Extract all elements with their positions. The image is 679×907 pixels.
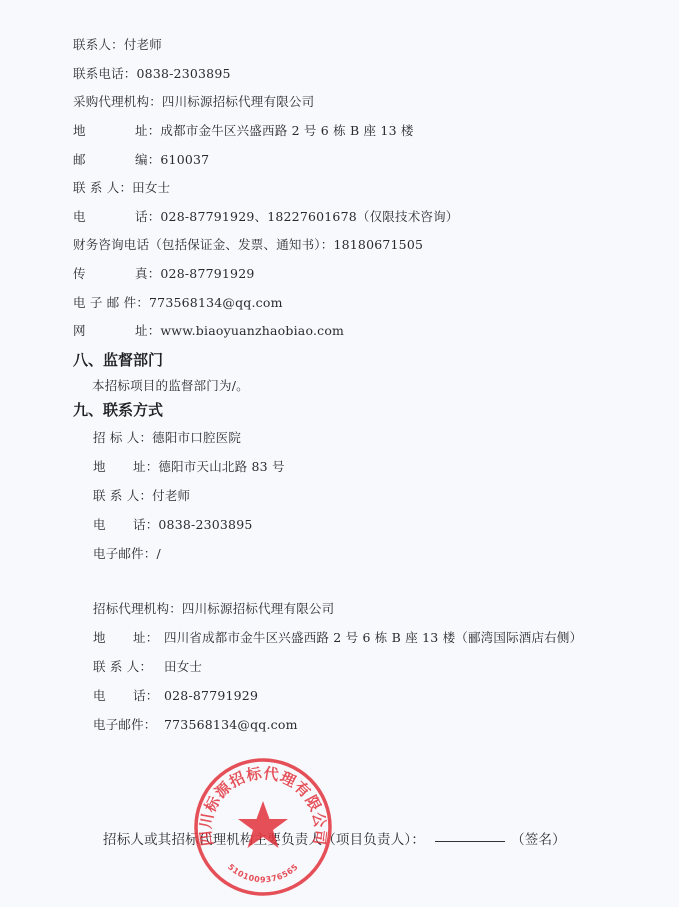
section8-title: 八、监督部门: [73, 351, 163, 369]
value: 四川标源招标代理有限公司: [182, 601, 334, 616]
label-a: 邮: [73, 152, 135, 168]
tenderer-phone: 电话：0838-2303895: [93, 517, 253, 533]
signature-line: 招标人或其招标代理机构主要负责人（项目负责人）：（签名）: [103, 832, 566, 848]
label: 招 标 人：: [93, 430, 152, 445]
label-a: 电: [93, 517, 133, 533]
label: 联系电话：: [73, 66, 137, 81]
label-a: 地: [93, 630, 133, 646]
label-a: 传: [73, 266, 135, 282]
value: www.biaoyuanzhaobiao.com: [160, 323, 344, 338]
agency-postcode: 邮编：610037: [73, 152, 209, 168]
svg-text:5101009376565: 5101009376565: [226, 862, 300, 884]
label: 电 子 邮 件：: [73, 295, 149, 310]
agency-contact-person: 联 系 人：田女士: [93, 659, 202, 675]
value: 田女士: [164, 659, 202, 674]
procurer-contact-person: 联系人：付老师: [73, 37, 162, 53]
value: 028-87791929: [160, 266, 254, 281]
agency-contact: 联 系 人：田女士: [73, 180, 170, 196]
value: 成都市金牛区兴盛西路 2 号 6 栋 B 座 13 楼: [160, 123, 413, 138]
value: 四川省成都市金牛区兴盛西路 2 号 6 栋 B 座 13 楼（郦湾国际酒店右侧）: [164, 630, 582, 645]
label-b: 编：: [135, 152, 160, 167]
label: 联系人：: [73, 37, 124, 52]
value: 德阳市天山北路 83 号: [158, 459, 284, 474]
agency-contact-address: 地址：四川省成都市金牛区兴盛西路 2 号 6 栋 B 座 13 楼（郦湾国际酒店…: [93, 630, 582, 646]
label-a: 网: [73, 323, 135, 339]
label-b: 真：: [135, 266, 160, 281]
label: 财务咨询电话（包括保证金、发票、通知书）：: [73, 237, 333, 252]
signature-label: 招标人或其招标代理机构主要负责人（项目负责人）：: [103, 832, 425, 848]
label-b: 址：: [133, 459, 158, 474]
label: 联 系 人：: [93, 488, 152, 503]
signature-suffix: （签名）: [511, 832, 566, 848]
label: 电子邮件：: [93, 717, 164, 733]
label: 招标代理机构：: [93, 601, 182, 616]
label: 联 系 人：: [93, 659, 164, 675]
agency-contact-email: 电子邮件：773568134@qq.com: [93, 717, 298, 733]
tenderer-address: 地址：德阳市天山北路 83 号: [93, 459, 285, 475]
agency-finance-phone: 财务咨询电话（包括保证金、发票、通知书）：18180671505: [73, 237, 423, 253]
value: 田女士: [132, 180, 170, 195]
label-a: 电: [93, 688, 133, 704]
seal-code: 5101009376565: [226, 862, 300, 884]
value: 四川标源招标代理有限公司: [162, 94, 314, 109]
tenderer-name: 招 标 人：德阳市口腔医院: [93, 430, 241, 446]
tenderer-contact: 联 系 人：付老师: [93, 488, 190, 504]
value: 0838-2303895: [137, 66, 231, 81]
label: 采购代理机构：: [73, 94, 162, 109]
value: 18180671505: [333, 237, 423, 252]
section8-body: 本招标项目的监督部门为/。: [92, 378, 249, 394]
label-b: 话：: [135, 209, 160, 224]
value: 028-87791929、18227601678（仅限技术咨询）: [160, 209, 458, 224]
agency-email: 电 子 邮 件：773568134@qq.com: [73, 295, 283, 311]
value: /: [157, 546, 161, 561]
label-a: 地: [93, 459, 133, 475]
value: 773568134@qq.com: [164, 717, 298, 732]
label-b: 话：: [133, 517, 158, 532]
label: 电子邮件：: [93, 546, 157, 561]
agency-contact-name: 招标代理机构：四川标源招标代理有限公司: [93, 601, 334, 617]
label-a: 电: [73, 209, 135, 225]
label-b: 址：: [135, 323, 160, 338]
value: 028-87791929: [164, 688, 258, 703]
label-b: 址：: [133, 630, 164, 646]
agency-contact-phone: 电话：028-87791929: [93, 688, 258, 704]
signature-blank: [435, 841, 505, 842]
label-b: 话：: [133, 688, 164, 704]
agency-website: 网址：www.biaoyuanzhaobiao.com: [73, 323, 344, 339]
section9-title: 九、联系方式: [73, 401, 163, 419]
tenderer-email: 电子邮件：/: [93, 546, 161, 562]
value: 0838-2303895: [158, 517, 252, 532]
value: 付老师: [152, 488, 190, 503]
value: 773568134@qq.com: [149, 295, 283, 310]
value: 610037: [160, 152, 209, 167]
company-seal-icon: 四川标源招标代理有限公司 5101009376565: [192, 756, 334, 898]
value: 付老师: [124, 37, 162, 52]
value: 德阳市口腔医院: [152, 430, 241, 445]
label: 联 系 人：: [73, 180, 132, 195]
agency-address: 地址：成都市金牛区兴盛西路 2 号 6 栋 B 座 13 楼: [73, 123, 414, 139]
label-b: 址：: [135, 123, 160, 138]
agency-fax: 传真：028-87791929: [73, 266, 255, 282]
agency-phone: 电话：028-87791929、18227601678（仅限技术咨询）: [73, 209, 459, 225]
agency-name: 采购代理机构：四川标源招标代理有限公司: [73, 94, 314, 110]
procurer-contact-phone: 联系电话：0838-2303895: [73, 66, 231, 82]
label-a: 地: [73, 123, 135, 139]
